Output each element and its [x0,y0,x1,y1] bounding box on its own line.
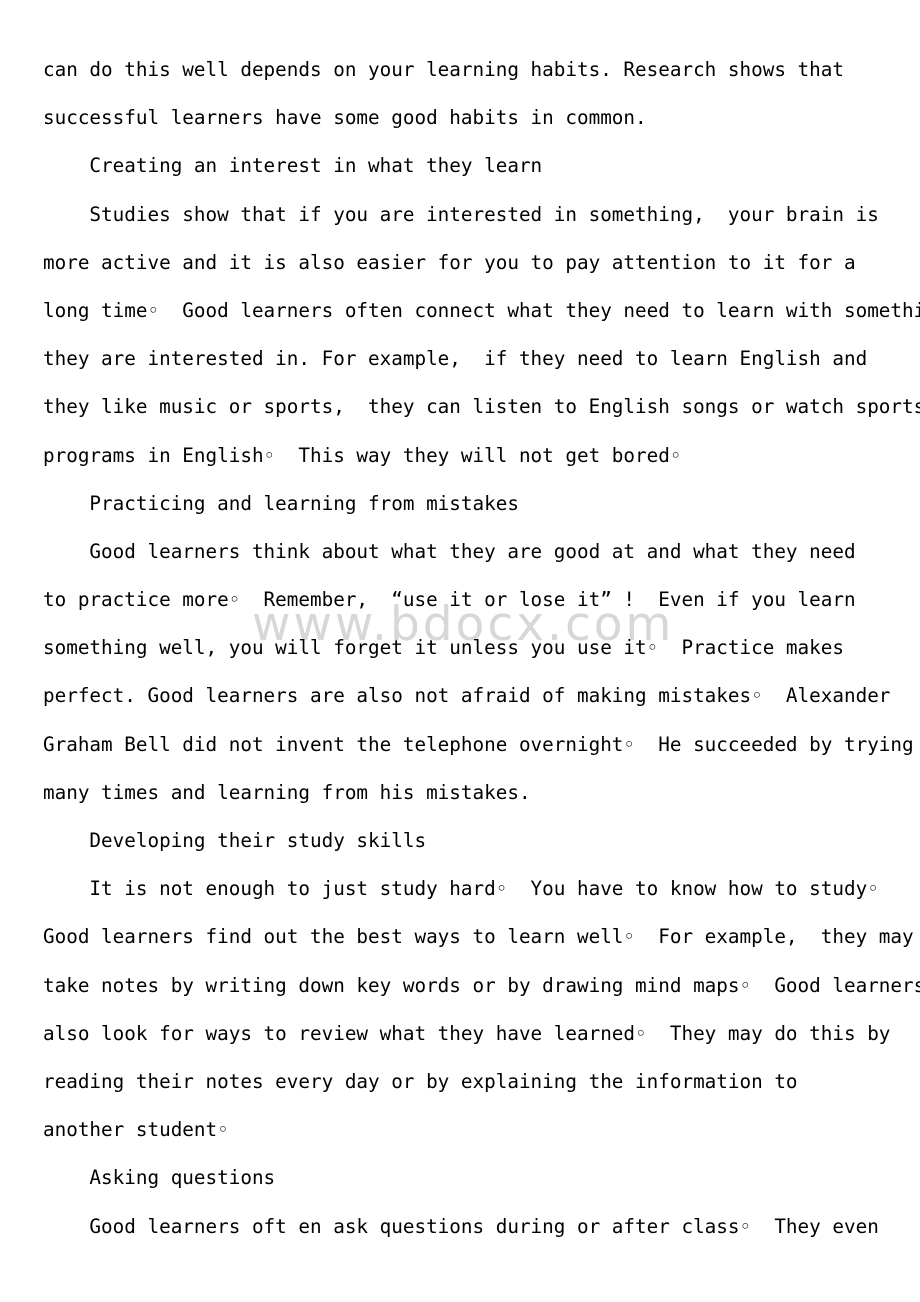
text-line: another student◦ [43,1106,920,1154]
text-line: programs in English◦ This way they will … [43,432,920,480]
text-line-heading: Practicing and learning from mistakes [43,480,920,528]
text-line: Good learners oft en ask questions durin… [43,1203,920,1251]
text-line: Graham Bell did not invent the telephone… [43,721,920,769]
text-line: It is not enough to just study hard◦ You… [43,865,920,913]
text-line: Good learners think about what they are … [43,528,920,576]
text-line-heading: Creating an interest in what they learn [43,142,920,190]
text-line: reading their notes every day or by expl… [43,1058,920,1106]
text-line: to practice more◦ Remember, “use it or l… [43,576,920,624]
text-line: can do this well depends on your learnin… [43,46,920,94]
text-line: more active and it is also easier for yo… [43,239,920,287]
text-line: Studies show that if you are interested … [43,191,920,239]
text-line-heading: Asking questions [43,1154,920,1202]
text-line: Good learners find out the best ways to … [43,913,920,961]
text-line: many times and learning from his mistake… [43,769,920,817]
text-line: take notes by writing down key words or … [43,962,920,1010]
text-line: they like music or sports, they can list… [43,383,920,431]
text-line: long time◦ Good learners often connect w… [43,287,920,335]
text-line: also look for ways to review what they h… [43,1010,920,1058]
text-line: successful learners have some good habit… [43,94,920,142]
text-line: something well, you will forget it unles… [43,624,920,672]
document-page: can do this well depends on your learnin… [43,46,920,1251]
text-line: they are interested in. For example, if … [43,335,920,383]
text-line-heading: Developing their study skills [43,817,920,865]
text-line: perfect. Good learners are also not afra… [43,672,920,720]
